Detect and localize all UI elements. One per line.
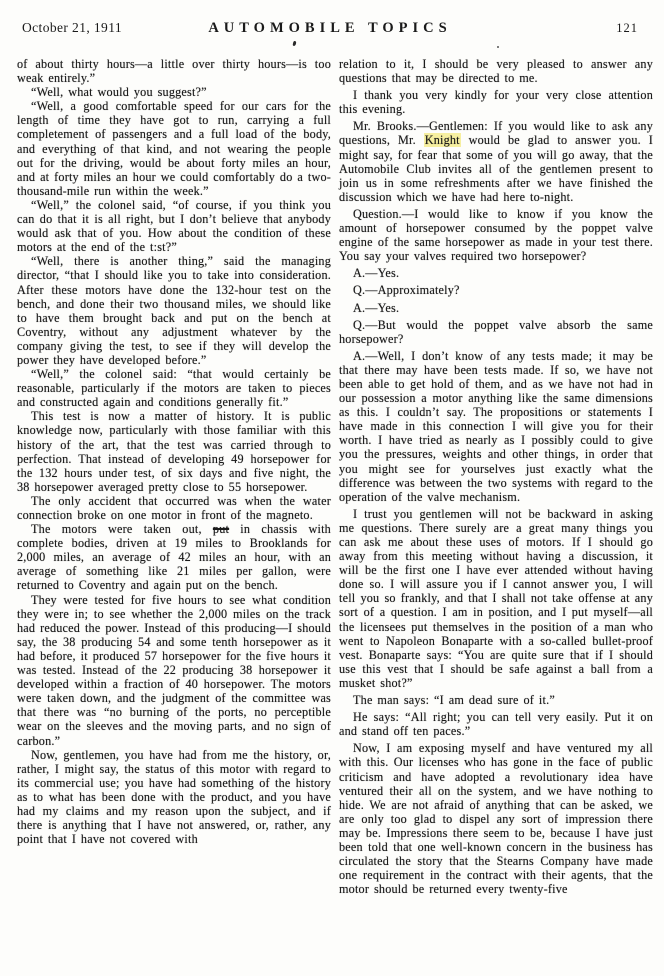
page-number: 121 [468,21,638,36]
article-body: of about thirty hours—a little over thir… [17,57,653,896]
right-column: relation to it, I should be very pleased… [339,57,653,896]
paragraph: relation to it, I should be very pleased… [339,57,653,85]
paragraph: “Well, there is another thing,” said the… [17,254,331,367]
paragraph: of about thirty hours—a little over thir… [17,57,331,85]
paragraph: They were tested for five hours to see w… [17,593,331,748]
left-column: of about thirty hours—a little over thir… [17,57,331,896]
paragraph: Q.—Approximately? [339,283,653,297]
paragraph: I thank you very kindly for your very cl… [339,88,653,116]
paragraph: Now, I am exposing myself and have ventu… [339,741,653,896]
paragraph: “Well,” the colonel said, “of course, if… [17,198,331,254]
magazine-page: October 21, 1911 AUTOMOBILE TOPICS 121 o… [0,0,664,976]
paragraph: A.—Yes. [339,266,653,280]
ink-blot-artifact [293,41,297,47]
publication-title: AUTOMOBILE TOPICS [192,20,468,37]
paragraph: I trust you gentlemen will not be backwa… [339,507,653,690]
page-header: October 21, 1911 AUTOMOBILE TOPICS 121 [22,20,638,37]
paragraph: He says: “All right; you can tell very e… [339,710,653,738]
paragraph: A.—Yes. [339,301,653,315]
paragraph: Question.—I would like to know if you kn… [339,207,653,263]
paragraph: Q.—But would the poppet valve absorb the… [339,318,653,346]
struck-word: put [213,522,229,536]
paragraph: Now, gentlemen, you have had from me the… [17,748,331,847]
ink-speck-artifact [497,46,499,48]
paragraph: The man says: “I am dead sure of it.” [339,693,653,707]
paragraph: The only accident that occurred was when… [17,494,331,522]
paragraph: A.—Well, I don’t know of any tests made;… [339,349,653,504]
paragraph: The motors were taken out, put in chassi… [17,522,331,592]
paragraph: “Well,” the colonel said: “that would ce… [17,367,331,409]
paragraph: “Well, what would you suggest?” [17,85,331,99]
issue-date: October 21, 1911 [22,20,192,36]
paragraph: This test is now a matter of history. It… [17,409,331,494]
search-highlight: Knight [424,133,461,147]
paragraph: Mr. Brooks.—Gentlemen: If you would like… [339,119,653,204]
paragraph: “Well, a good comfortable speed for our … [17,99,331,198]
